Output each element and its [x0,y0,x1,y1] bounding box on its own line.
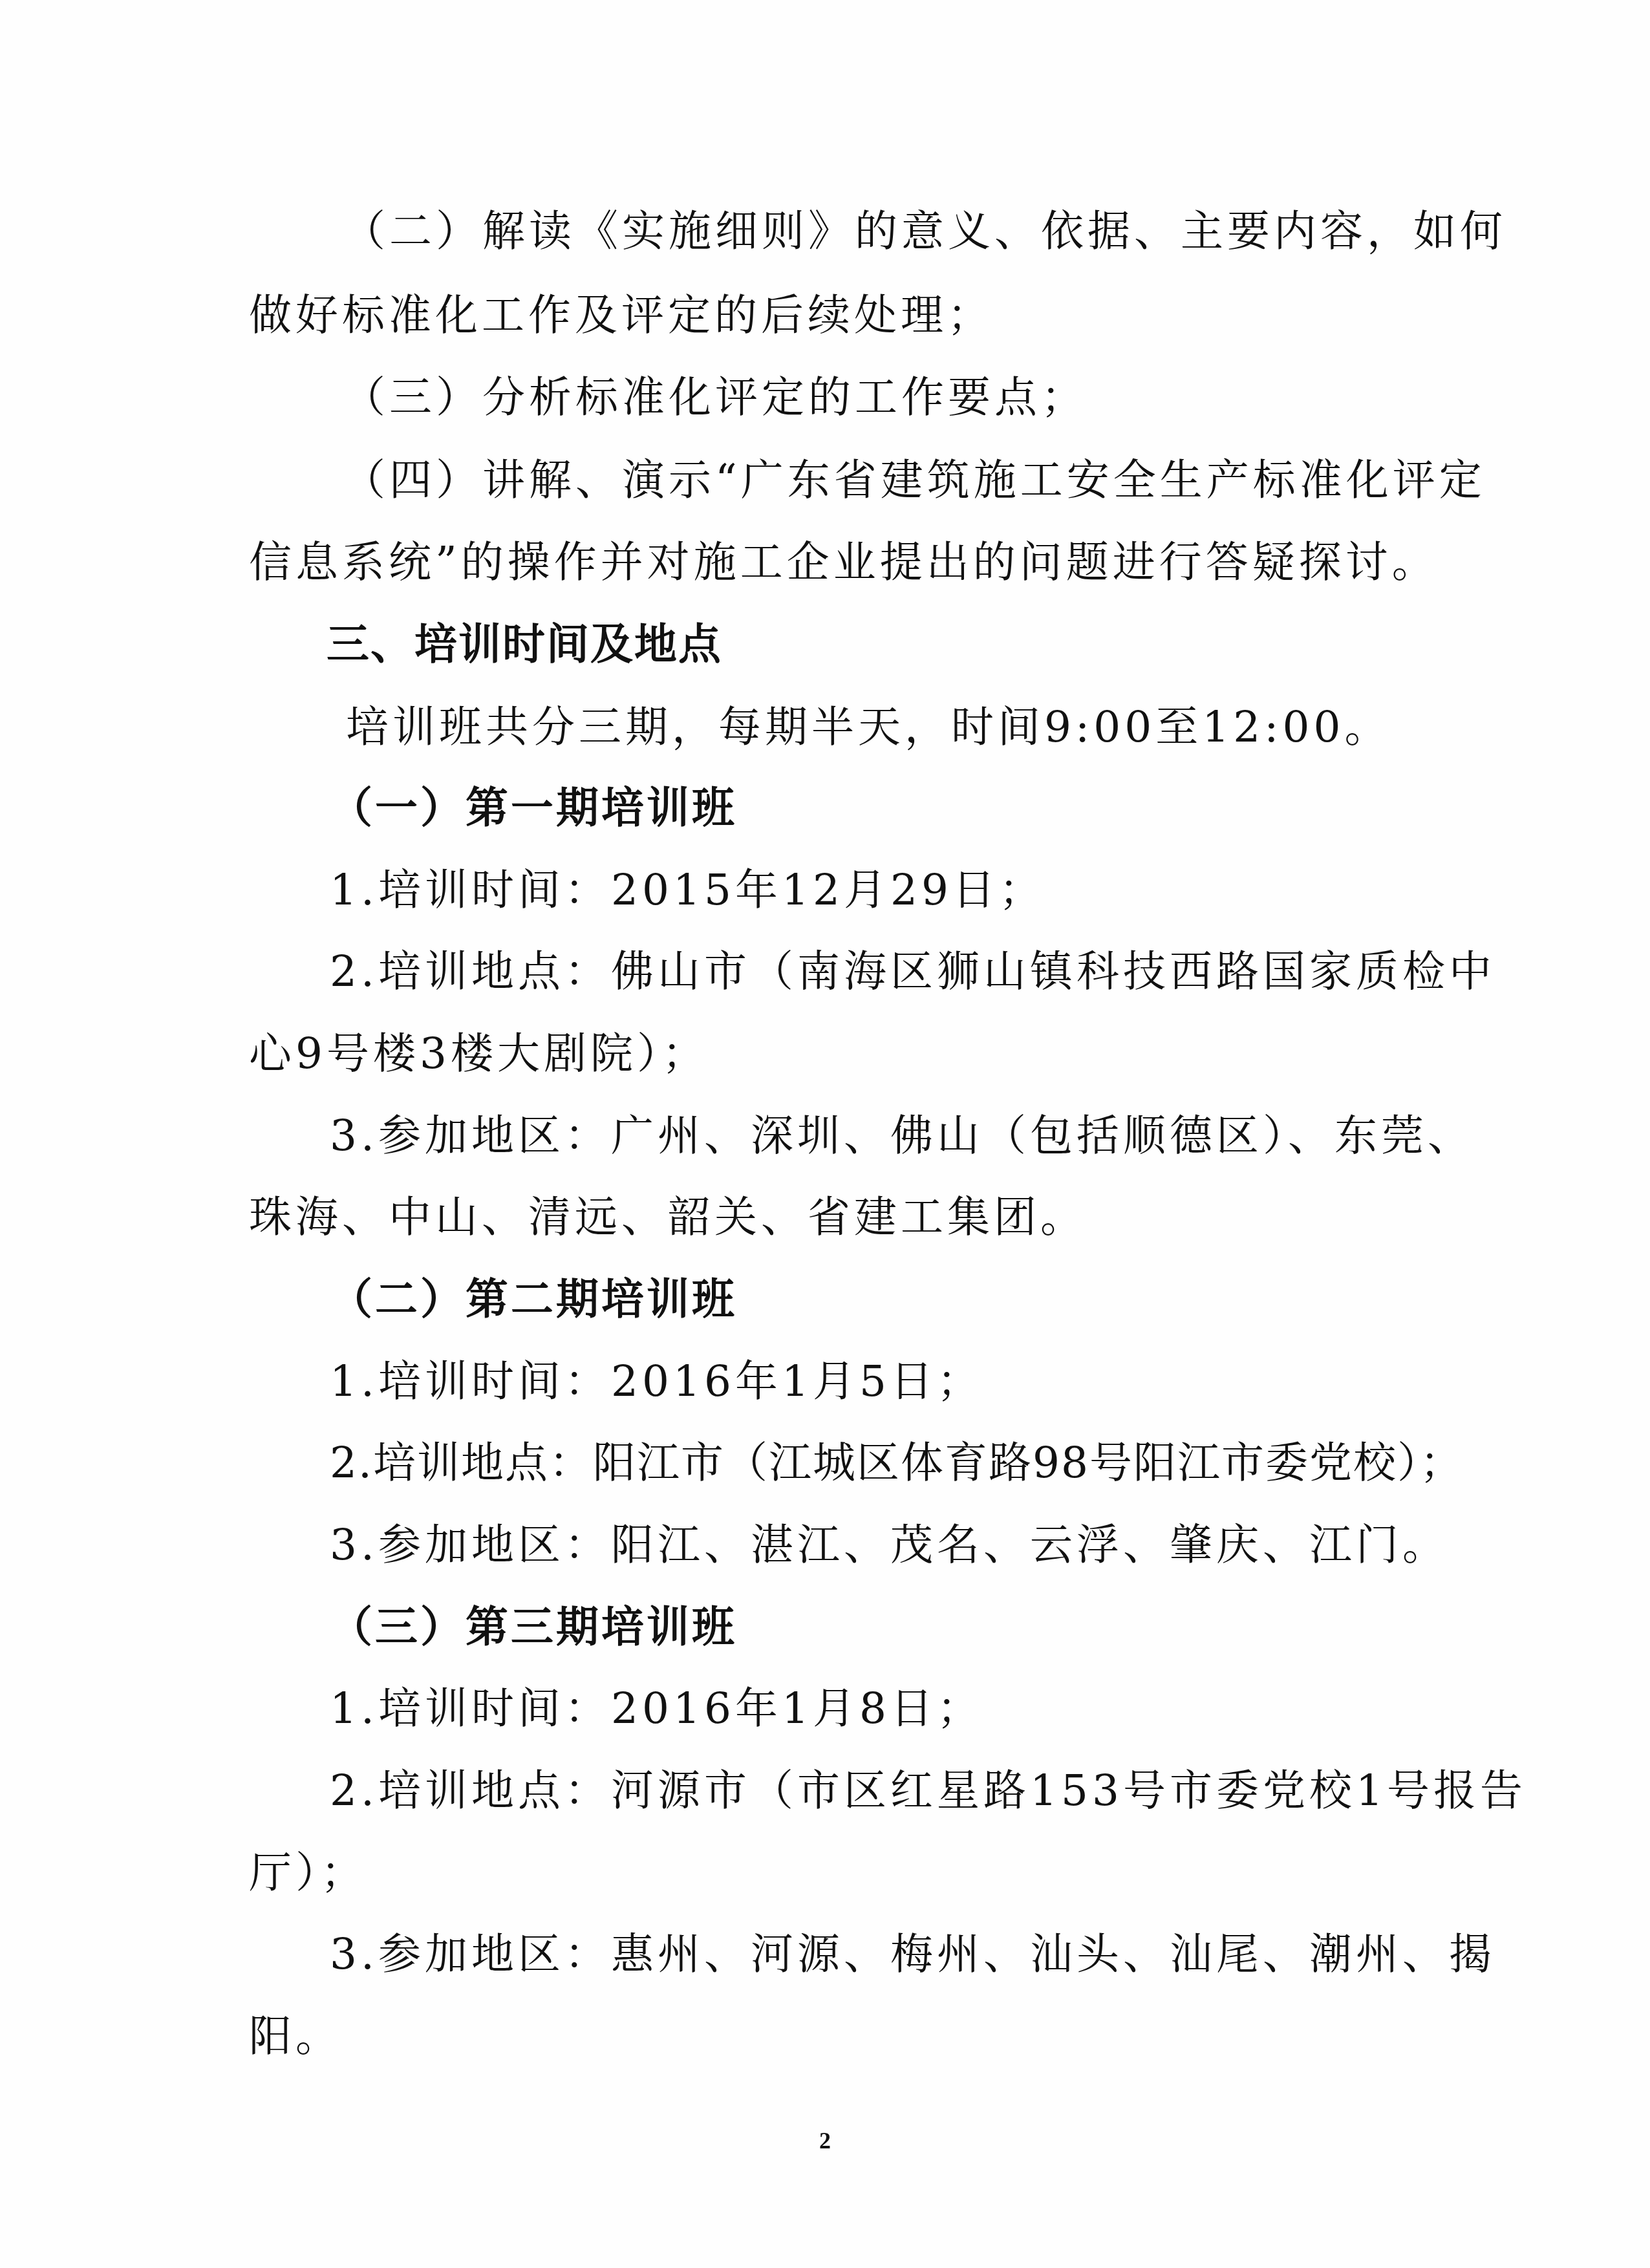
content-item-4-line2: 信息系统”的操作并对施工企业提出的问题进行答疑探讨。 [249,533,1367,592]
session-1-location-line1: 2.培训地点：佛山市（南海区狮山镇科技西路国家质检中 [330,943,1367,1001]
session-2-title: （二）第二期培训班 [330,1270,1448,1329]
content-item-2-line2: 做好标准化工作及评定的后续处理； [249,286,1367,345]
session-3-regions-line1: 3.参加地区：惠州、河源、梅州、汕头、汕尾、潮州、揭 [330,1925,1367,1984]
session-2-location: 2.培训地点：阳江市（江城区体育路98号阳江市委党校）； [330,1434,1367,1492]
session-1-regions-line2: 珠海、中山、清远、韶关、省建工集团。 [249,1188,1367,1246]
content-item-4-line1: （四）讲解、演示“广东省建筑施工安全生产标准化评定 [343,451,1461,509]
session-3-location-line2: 厅）； [249,1844,1367,1902]
content-item-3: （三）分析标准化评定的工作要点； [343,369,1461,427]
session-3-location-line1: 2.培训地点：河源市（市区红星路153号市委党校1号报告 [330,1762,1367,1820]
session-1-title: （一）第一期培训班 [330,779,1448,837]
section-heading: 三、培训时间及地点 [327,615,1445,674]
session-3-regions-line2: 阳。 [249,2007,1367,2066]
session-3-title: （三）第三期培训班 [330,1598,1448,1656]
session-1-regions-line1: 3.参加地区：广州、深圳、佛山（包括顺德区）、东莞、 [330,1107,1367,1165]
document-page: （二）解读《实施细则》的意义、依据、主要内容，如何 做好标准化工作及评定的后续处… [0,0,1650,2268]
session-1-location-line2: 心9号楼3楼大剧院）； [249,1025,1367,1083]
intro-text: 培训班共分三期，每期半天，时间9:00至12:00。 [346,698,1464,756]
session-1-time: 1.培训时间：2015年12月29日； [330,861,1448,919]
session-2-regions: 3.参加地区：阳江、湛江、茂名、云浮、肇庆、江门。 [330,1516,1448,1574]
content-item-2-line1: （二）解读《实施细则》的意义、依据、主要内容，如何 [343,202,1461,261]
page-number: 2 [0,2127,1650,2154]
session-2-time: 1.培训时间：2016年1月5日； [330,1353,1448,1411]
session-3-time: 1.培训时间：2016年1月8日； [330,1680,1448,1738]
